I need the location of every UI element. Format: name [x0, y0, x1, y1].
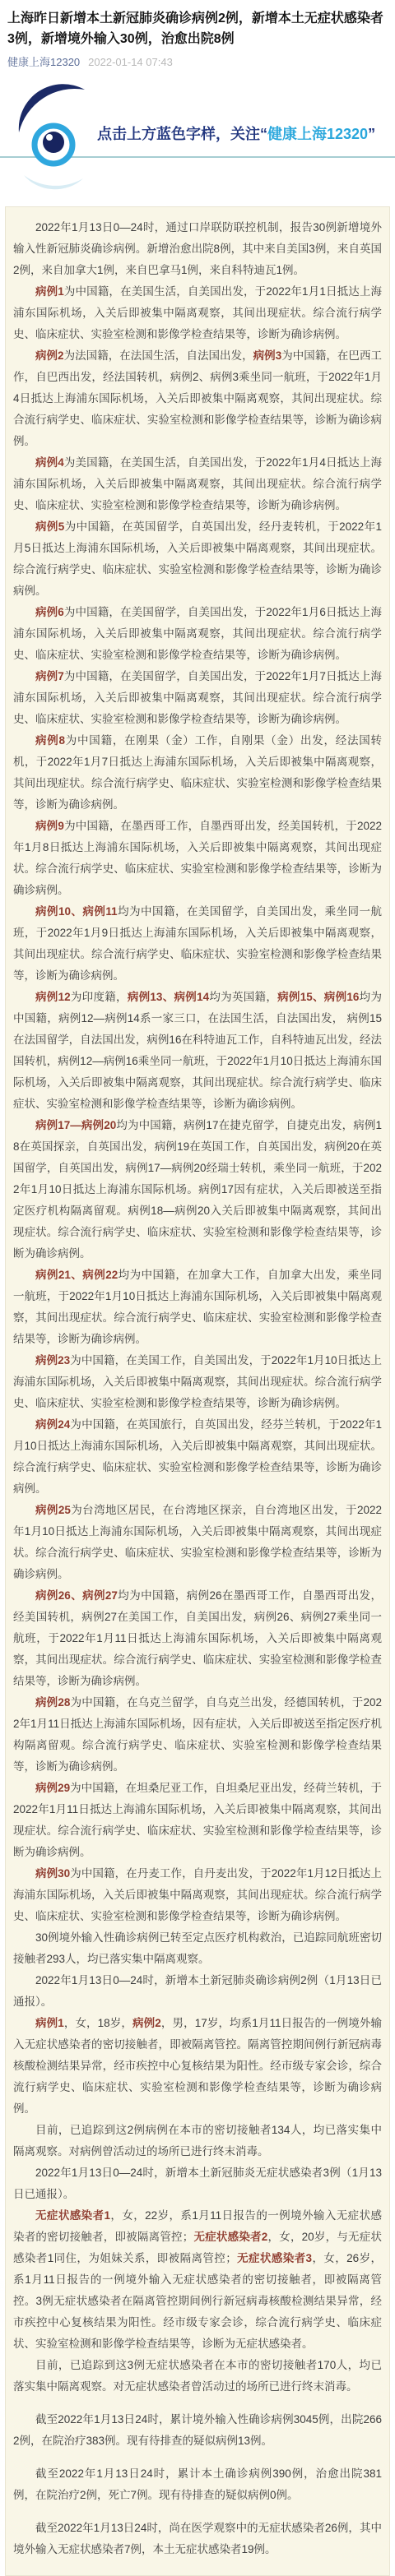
article-paragraph: 截至2022年1月13日24时，累计境外输入性确诊病例3045例，出院2662例…: [13, 2409, 382, 2452]
article-paragraph: 病例2为法国籍，在法国生活，自法国出发，病例3为中国籍，在巴西工作，自巴西出发，…: [13, 345, 382, 452]
article-paragraph: 2022年1月13日0—24时，新增本土新冠肺炎无症状感染者3例（1月13日已通…: [13, 2162, 382, 2205]
case-label: 病例28: [35, 1696, 70, 1709]
paragraph-text: 目前，已追踪到这3例无症状感染者在本市的密切接触者170人，均已落实集中隔离观察…: [13, 2359, 382, 2393]
paragraph-text: 为中国籍，在美国生活，自美国出发，于2022年1月1日抵达上海浦东国际机场，入关…: [13, 285, 382, 340]
case-label: 病例13、病例14: [128, 991, 209, 1003]
banner-account-highlight: 健康上海12320: [267, 126, 368, 142]
case-label: 病例26、病例27: [35, 1589, 118, 1602]
paragraph-text: 为中国籍，在美国留学，自美国出发，于2022年1月7日抵达上海浦东国际机场，入关…: [13, 670, 382, 725]
paragraph-text: 均为中国籍，病例26在墨西哥工作，自墨西哥出发，经美国转机，病例27在美国工作，…: [13, 1589, 382, 1687]
case-label: 病例21、病例22: [35, 1269, 118, 1281]
account-name-link[interactable]: 健康上海12320: [7, 56, 80, 68]
paragraph-text: 均为中国籍，病例17在捷克留学，自捷克出发，病例18在英国探亲，自英国出发，病例…: [13, 1119, 382, 1260]
article-paragraph: 病例4为美国籍，在美国生活，自美国出发，于2022年1月4日抵达上海浦东国际机场…: [13, 452, 382, 516]
case-label: 病例4: [35, 456, 64, 469]
case-label: 病例23: [35, 1354, 70, 1367]
case-label: 病例5: [35, 520, 64, 533]
banner-quote-close: ”: [368, 126, 375, 142]
case-label: 病例6: [35, 606, 64, 618]
article-paragraph: 目前，已追踪到这2例病例在本市的密切接触者134人，均已落实集中隔离观察。对病例…: [13, 2120, 382, 2162]
paragraph-text: ，女，26岁，系1月11日报告的一例境外输入无症状感染者的密切接触者，即被隔离管…: [13, 2252, 382, 2350]
paragraph-text: 截至2022年1月13日24时，累计境外输入性确诊病例3045例，出院2662例…: [13, 2413, 382, 2447]
article-page: 上海昨日新增本土新冠肺炎确诊病例2例，新增本土无症状感染者3例，新增境外输入30…: [0, 0, 395, 2576]
paragraph-text: 均为中国籍，病例12—病例14系一家三口，在法国生活，自法国出发， 病例15在法…: [13, 991, 382, 1110]
case-label: 无症状感染者2: [193, 2231, 267, 2243]
article-paragraph: 病例28为中国籍，在乌克兰留学，自乌克兰出发，经德国转机，于2022年1月11日…: [13, 1692, 382, 1778]
article-paragraph: 病例26、病例27均为中国籍，病例26在墨西哥工作，自墨西哥出发，经美国转机，病…: [13, 1585, 382, 1692]
case-label: 病例3: [253, 349, 282, 362]
case-label: 病例1: [35, 2017, 64, 2029]
paragraph-text: 2022年1月13日0—24时，通过口岸联防联控机制，报告30例新增境外输入性新…: [13, 221, 382, 276]
article-paragraph: 病例9为中国籍，在墨西哥工作，自墨西哥出发，经美国转机，于2022年1月8日抵达…: [13, 816, 382, 901]
paragraph-text: 为美国籍，在美国生活，自美国出发，于2022年1月4日抵达上海浦东国际机场，入关…: [13, 456, 382, 511]
case-label: 无症状感染者1: [35, 2209, 110, 2222]
case-label: 病例25: [35, 1504, 71, 1516]
case-label: 病例15、病例16: [277, 991, 359, 1003]
article-paragraph: 病例23为中国籍，在美国工作，自美国出发，于2022年1月10日抵达上海浦东国际…: [13, 1350, 382, 1414]
paragraph-text: 目前，已追踪到这2例病例在本市的密切接触者134人，均已落实集中隔离观察。对病例…: [13, 2124, 382, 2157]
case-label: 病例1: [35, 285, 64, 298]
article-paragraph: 病例12为印度籍，病例13、病例14均为英国籍，病例15、病例16均为中国籍，病…: [13, 987, 382, 1115]
case-label: 无症状感染者3: [237, 2252, 312, 2264]
article-paragraph: 病例1为中国籍，在美国生活，自美国出发，于2022年1月1日抵达上海浦东国际机场…: [13, 281, 382, 345]
paragraph-text: 为中国籍，在巴西工作，自巴西出发，经法国转机，病例2、病例3乘坐同一航班，于20…: [13, 349, 382, 447]
article-paragraph: 病例17—病例20均为中国籍，病例17在捷克留学，自捷克出发，病例18在英国探亲…: [13, 1115, 382, 1265]
case-label: 病例8: [35, 734, 65, 747]
case-label: 病例7: [35, 670, 64, 682]
article-paragraph: 病例10、病例11均为中国籍，在美国留学，自美国出发，乘坐同一航班，于2022年…: [13, 901, 382, 987]
banner-follow-text: 点击上方蓝色字样，关注“健康上海12320”: [97, 124, 375, 144]
banner-quote-open: “: [260, 126, 267, 142]
article-paragraph: 病例29为中国籍，在坦桑尼亚工作，自坦桑尼亚出发，经荷兰转机，于2022年1月1…: [13, 1778, 382, 1863]
article-paragraph: 病例24为中国籍，在英国旅行，自英国出发，经芬兰转机，于2022年1月10日抵达…: [13, 1414, 382, 1500]
paragraph-text: 为中国籍，在墨西哥工作，自墨西哥出发，经美国转机，于2022年1月8日抵达上海浦…: [13, 820, 382, 896]
case-label: 病例30: [35, 1867, 70, 1880]
case-label: 病例10、病例11: [35, 905, 118, 918]
article-paragraph: 2022年1月13日0—24时，新增本土新冠肺炎确诊病例2例（1月13日已通报）…: [13, 1970, 382, 2013]
article-paragraph: 无症状感染者1，女，22岁，系1月11日报告的一例境外输入无症状感染者的密切接触…: [13, 2205, 382, 2355]
case-label: 病例2: [132, 2017, 161, 2029]
case-label: 病例24: [35, 1418, 70, 1431]
paragraph-text: ，女，18岁，: [64, 2017, 132, 2029]
article-paragraph: 病例8为中国籍，在刚果（金）工作，自刚果（金）出发，经法国转机，于2022年1月…: [13, 730, 382, 816]
paragraph-text: 为印度籍，: [71, 991, 128, 1003]
article-paragraph: 病例25为台湾地区居民，在台湾地区探亲，自台湾地区出发，于2022年1月10日抵…: [13, 1500, 382, 1585]
paragraph-text: 均为英国籍，: [209, 991, 277, 1003]
article-paragraph: 目前，已追踪到这3例无症状感染者在本市的密切接触者170人，均已落实集中隔离观察…: [13, 2355, 382, 2398]
article-body: 2022年1月13日0—24时，通过口岸联防联控机制，报告30例新增境外输入性新…: [5, 206, 390, 2576]
article-paragraph: 截至2022年1月13日24时，累计本土确诊病例390例，治愈出院381例，在院…: [13, 2463, 382, 2506]
paragraph-text: 2022年1月13日0—24时，新增本土新冠肺炎无症状感染者3例（1月13日已通…: [13, 2167, 382, 2200]
case-label: 病例12: [35, 991, 71, 1003]
case-label: 病例2: [35, 349, 64, 362]
article-paragraph: 病例1，女，18岁，病例2，男，17岁，均系1月11日报告的一例境外输入无症状感…: [13, 2013, 382, 2120]
eye-logo-icon: [12, 75, 103, 198]
article-paragraph: 2022年1月13日0—24时，通过口岸联防联控机制，报告30例新增境外输入性新…: [13, 217, 382, 281]
paragraph-text: ，男，17岁，均系1月11日报告的一例境外输入无症状感染者的密切接触者，即被隔离…: [13, 2017, 382, 2115]
case-label: 病例17—病例20: [35, 1119, 116, 1131]
article-paragraph: 截至2022年1月13日24时，尚在医学观察中的无症状感染者26例，其中境外输入…: [13, 2518, 382, 2560]
article-paragraph: 病例30为中国籍，在丹麦工作，自丹麦出发，于2022年1月12日抵达上海浦东国际…: [13, 1863, 382, 1927]
article-header: 上海昨日新增本土新冠肺炎确诊病例2例，新增本土无症状感染者3例，新增境外输入30…: [0, 0, 395, 70]
follow-banner: 点击上方蓝色字样，关注“健康上海12320”: [0, 75, 395, 200]
paragraph-text: 2022年1月13日0—24时，新增本土新冠肺炎确诊病例2例（1月13日已通报）…: [13, 1974, 382, 2008]
banner-prompt: 点击上方蓝色字样，关注: [97, 126, 260, 142]
paragraph-text: 为法国籍，在法国生活，自法国出发，: [64, 349, 253, 362]
article-paragraph: 病例7为中国籍，在美国留学，自美国出发，于2022年1月7日抵达上海浦东国际机场…: [13, 666, 382, 730]
article-paragraph: 病例6为中国籍，在美国留学，自美国出发，于2022年1月6日抵达上海浦东国际机场…: [13, 602, 382, 666]
paragraph-text: 截至2022年1月13日24时，累计本土确诊病例390例，治愈出院381例，在院…: [13, 2467, 382, 2501]
publish-time: 2022-01-14 07:43: [88, 56, 173, 68]
paragraph-text: 为中国籍，在英国留学，自英国出发，经丹麦转机，于2022年1月5日抵达上海浦东国…: [13, 520, 382, 597]
case-label: 病例29: [35, 1782, 70, 1794]
paragraph-text: 为中国籍，在刚果（金）工作，自刚果（金）出发，经法国转机，于2022年1月7日抵…: [13, 734, 382, 811]
article-meta: 健康上海123202022-01-14 07:43: [7, 55, 388, 70]
case-label: 病例9: [35, 820, 64, 832]
article-paragraph: 病例21、病例22均为中国籍，在加拿大工作，自加拿大出发，乘坐同一航班，于202…: [13, 1265, 382, 1350]
paragraph-text: 截至2022年1月13日24时，尚在医学观察中的无症状感染者26例，其中境外输入…: [13, 2522, 382, 2555]
page-title: 上海昨日新增本土新冠肺炎确诊病例2例，新增本土无症状感染者3例，新增境外输入30…: [7, 8, 388, 49]
article-paragraph: 30例境外输入性确诊病例已转至定点医疗机构救治，已追踪同航班密切接触者293人，…: [13, 1927, 382, 1970]
paragraph-text: 为中国籍，在美国留学，自美国出发，于2022年1月6日抵达上海浦东国际机场，入关…: [13, 606, 382, 661]
article-paragraph: 病例5为中国籍，在英国留学，自英国出发，经丹麦转机，于2022年1月5日抵达上海…: [13, 516, 382, 602]
paragraph-text: 30例境外输入性确诊病例已转至定点医疗机构救治，已追踪同航班密切接触者293人，…: [13, 1931, 382, 1965]
